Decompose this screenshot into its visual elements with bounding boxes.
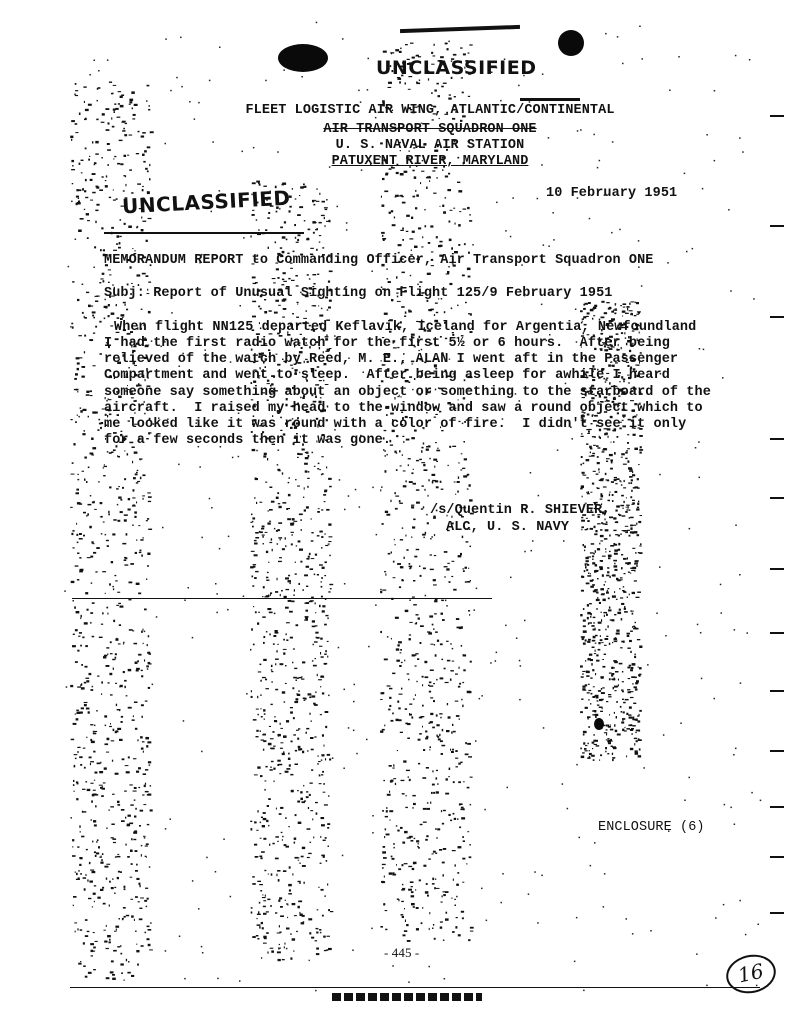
scanned-document-page: UNCLASSIFIED FLEET LOGISTIC AIR WING, AT… [0,0,800,1013]
margin-tick [770,497,784,499]
horizontal-scan-line [72,598,492,599]
bottom-classification-stamp [332,993,482,1001]
margin-tick [770,568,784,570]
margin-tick [770,115,784,117]
bottom-rule [70,987,760,988]
body-line: aircraft. I raised my head to the window… [104,401,703,416]
body-line: for a few seconds then it was gone. [104,433,391,448]
letterhead-line-2: AIR TRANSPORT SQUADRON ONE [200,122,660,137]
page-number: - 445 - [384,945,419,961]
document-date: 10 February 1951 [546,186,677,201]
letterhead-line-3: U. S. NAVAL AIR STATION [200,138,660,153]
margin-tick [770,750,784,752]
margin-tick [770,316,784,318]
enclosure-label: ENCLOSURE (6) [598,820,705,835]
classification-stamp-mid: UNCLASSIFIED [121,186,291,219]
letterhead-line-4: PATUXENT RIVER, MARYLAND [200,154,660,169]
signature-rank: ALC, U. S. NAVY [446,520,569,535]
margin-tick [770,438,784,440]
redaction-stroke [520,98,580,101]
subject-line: Subj: Report of Unusual Sighting on Flig… [104,286,612,301]
margin-tick [770,225,784,227]
memo-addressee-line: MEMORANDUM REPORT to Commanding Officer,… [104,253,654,268]
margin-tick [770,690,784,692]
ink-blot [558,30,584,56]
signature-name: /s/Quentin R. SHIEVER, [430,503,610,518]
strikethrough-line [104,232,304,234]
redaction-stroke [400,25,520,33]
body-line: When flight NN125 departed Keflavik, Ice… [114,320,696,335]
body-line: Compartment and went to sleep. After bei… [104,368,670,383]
circled-page-mark: 16 [723,950,780,998]
margin-tick [770,632,784,634]
ink-blot [594,718,604,730]
classification-stamp-top: UNCLASSIFIED [376,57,536,79]
body-line: someone say something about an object or… [104,385,711,400]
margin-tick [770,806,784,808]
body-line: me looked like it was round with a color… [104,417,686,432]
margin-tick [770,912,784,914]
margin-tick [770,856,784,858]
letterhead-line-1: FLEET LOGISTIC AIR WING, ATLANTIC/CONTIN… [200,103,660,118]
ink-blot [278,44,328,72]
body-line: relieved of the watch by Reed, M. E., AL… [104,352,678,367]
body-line: I had the first radio watch for the firs… [104,336,670,351]
